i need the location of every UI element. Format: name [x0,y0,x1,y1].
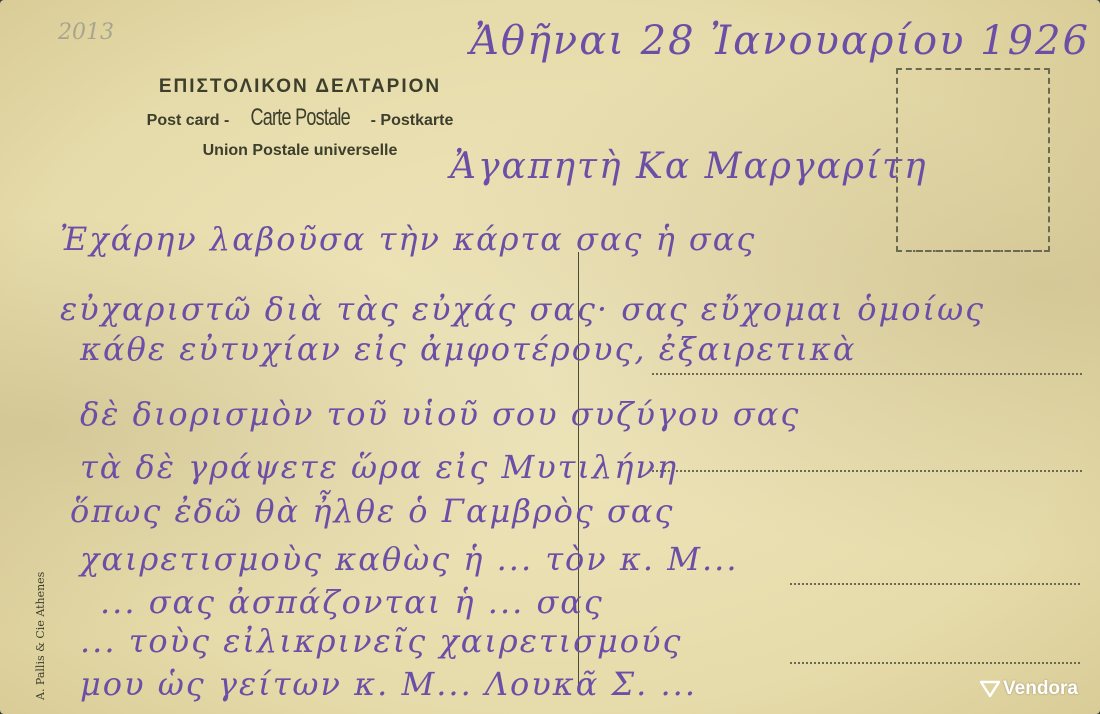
header-separator: - [220,112,234,129]
address-line [652,470,1082,472]
handwritten-line: ... τοὺς εἰλικρινεῖς χαιρετισμούς [80,622,682,660]
handwritten-line: χαιρετισμοὺς καθὼς ἡ ... τὸν κ. Μ... [80,540,739,578]
address-line [906,250,1042,252]
handwritten-line: τὰ δὲ γράψετε ὥρα εἰς Μυτιλήνη [80,448,678,486]
handwritten-recipient: Ἀγαπητὴ Κα Μαργαρίτη [450,146,928,187]
handwritten-line: δὲ διορισμὸν τοῦ υἱοῦ σου συζύγου σας [80,395,800,433]
address-line [790,583,1080,585]
header-languages: Post card - Carte Postale - Postkarte [100,104,500,132]
header-union: Union Postale universelle [100,142,500,160]
header-french: Carte Postale [250,104,349,132]
handwritten-line: μου ὡς γείτων κ. Μ... Λουκᾶ Σ. ... [80,665,697,703]
handwritten-line: ὅπως ἐδῶ θὰ ἦλθε ὁ Γαμβρὸς σας [70,492,674,530]
header-english: Post card [147,112,220,129]
header-german: Postkarte [380,112,453,129]
header-separator: - [366,112,380,129]
pencil-note: 2013 [58,20,114,45]
handwritten-date: Ἀθῆναι 28 Ἰανουαρίου 1926 [470,18,1090,64]
handwritten-line: εὐχαριστῶ διὰ τὰς εὐχάς σας· σας εὔχομαι… [60,290,985,328]
address-line [652,373,1082,375]
publisher-imprint: A. Pallis & Cie Athenes [34,572,47,700]
printed-header: ΕΠΙΣΤΟΛΙΚΟΝ ΔΕΛΤΑΡΙΟΝ Post card - Carte … [100,76,500,160]
vendora-logo-icon [980,680,1000,698]
header-title-greek: ΕΠΙΣΤΟΛΙΚΟΝ ΔΕΛΤΑΡΙΟΝ [100,76,500,98]
handwritten-line: ... σας ἀσπάζονται ἡ ... σας [100,583,604,621]
address-line [790,662,1080,664]
postcard: 2013 ΕΠΙΣΤΟΛΙΚΟΝ ΔΕΛΤΑΡΙΟΝ Post card - C… [0,0,1100,714]
handwritten-line: κάθε εὐτυχίαν εἰς ἀμφοτέρους, ἐξαιρετικὰ [80,330,857,368]
vendora-watermark: Vendora [980,678,1078,700]
watermark-label: Vendora [1003,678,1078,700]
handwritten-line: Ἐχάρην λαβοῦσα τὴν κάρτα σας ἡ σας [60,220,756,258]
